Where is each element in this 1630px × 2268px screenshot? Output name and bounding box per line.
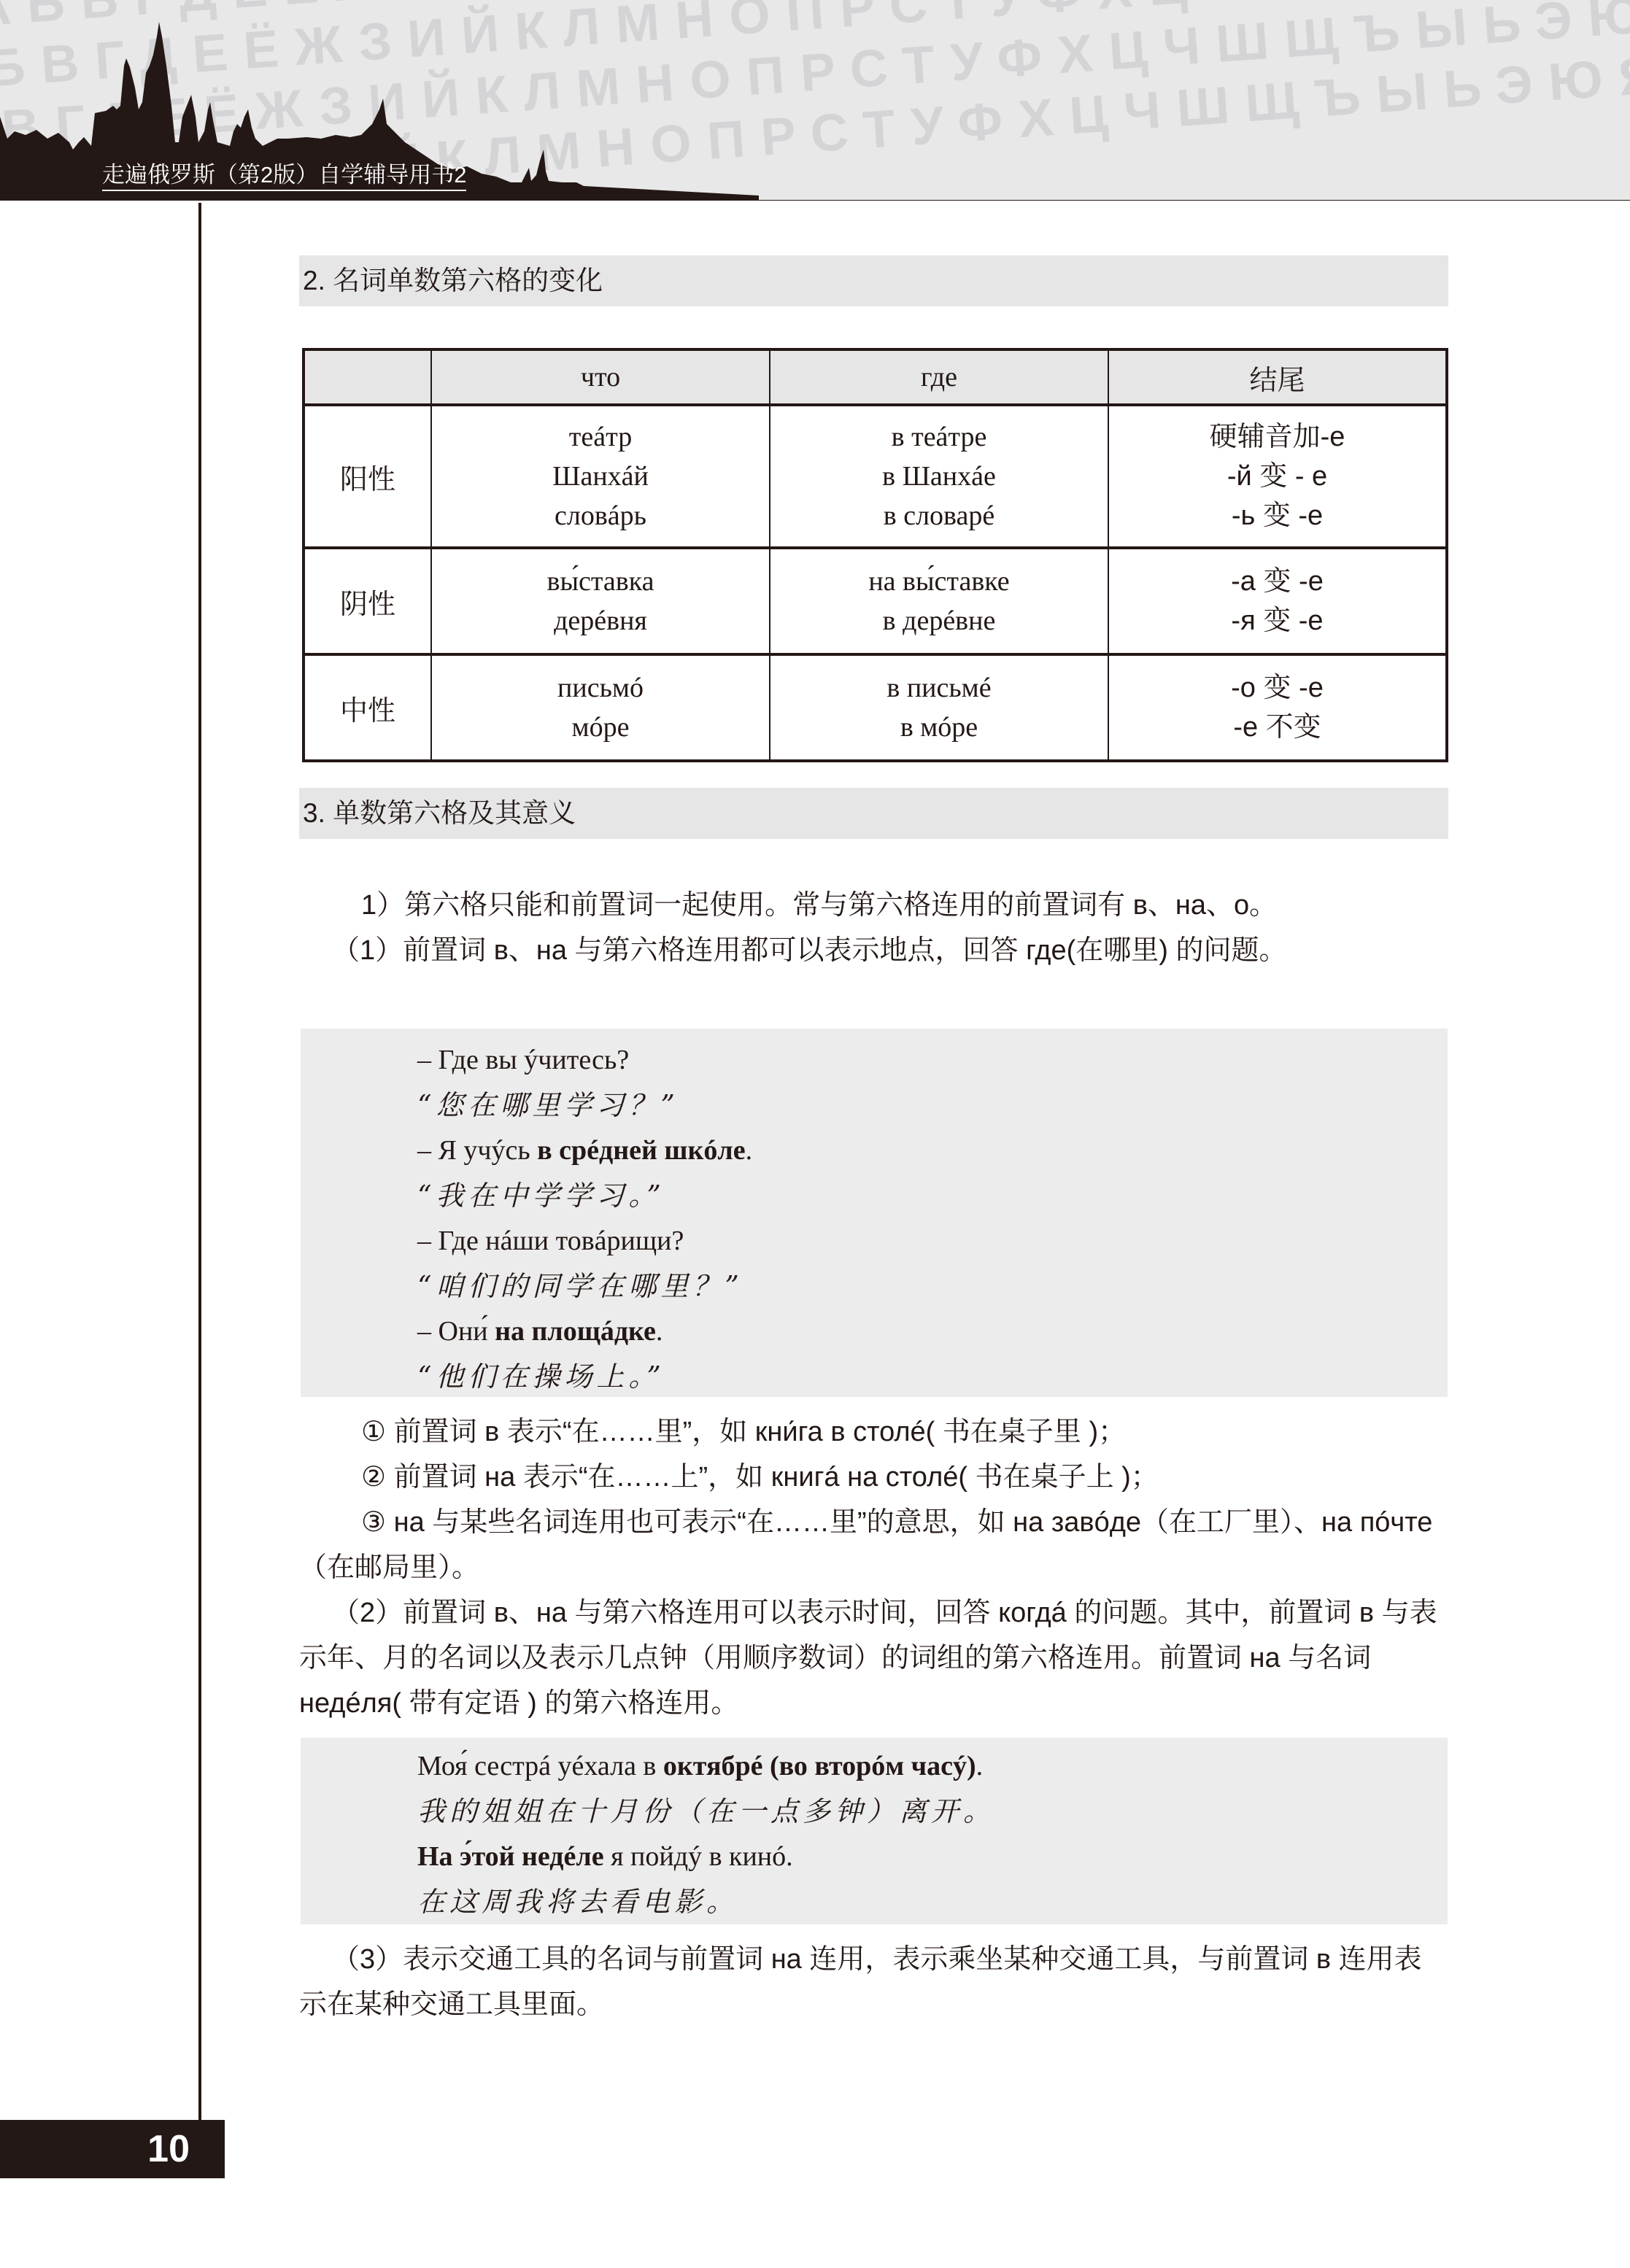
ending-rule: -й 变 - е xyxy=(1110,457,1445,496)
section-heading-3: 3. 单数第六格及其意义 xyxy=(299,788,1448,839)
table-row: 中性 письмó мóре в письмé в мóре -о 变 -е -… xyxy=(304,654,1447,761)
ending-cell: 硬辅音加-е -й 变 - е -ь 变 -е xyxy=(1108,405,1447,548)
word: в мóре xyxy=(771,708,1107,747)
gender-cell: 中性 xyxy=(304,654,431,761)
column-header-empty xyxy=(304,349,431,405)
page-number: 10 xyxy=(0,2120,225,2178)
word: Шанхáй xyxy=(433,457,768,496)
text: – Где вы ýчитесь? xyxy=(417,1045,629,1075)
word: на вы́ставке xyxy=(771,562,1107,601)
text: я пойдý в кинó. xyxy=(604,1841,793,1872)
ending-rule: -о 变 -е xyxy=(1110,668,1445,708)
word: словáрь xyxy=(433,496,768,535)
column-header-where: где xyxy=(770,349,1108,405)
what-cell: теáтр Шанхáй словáрь xyxy=(431,405,770,548)
text: . xyxy=(656,1316,663,1347)
declension-table: что где 结尾 阳性 теáтр Шанхáй словáрь в теá… xyxy=(302,348,1448,762)
example-line-zh: 在这周我将去看电影。 xyxy=(417,1879,1448,1924)
word: в теáтре xyxy=(771,417,1107,457)
column-header-ending: 结尾 xyxy=(1108,349,1447,405)
text: – Где нáши товáрищи? xyxy=(417,1226,684,1256)
where-cell: в письмé в мóре xyxy=(770,654,1108,761)
ending-rule: -ь 变 -е xyxy=(1110,496,1445,535)
paragraph-1-1: （1）前置词 в、на 与第六格连用都可以表示地点，回答 где(在哪里) 的问… xyxy=(299,928,1448,973)
what-cell: вы́ставка дерéвня xyxy=(431,548,770,654)
example-line-ru: – Где нáши товáрищи? xyxy=(417,1218,1448,1263)
text: – Они́ xyxy=(417,1316,495,1347)
book-title: 走遍俄罗斯（第2版）自学辅导用书2 xyxy=(102,162,466,191)
header-divider xyxy=(0,200,1630,201)
text: . xyxy=(976,1751,984,1781)
ending-cell: -а 变 -е -я 变 -е xyxy=(1108,548,1447,654)
example-line-zh: 我的姐姐在十月份（在一点多钟）离开。 xyxy=(417,1789,1448,1834)
example-box-time: Моя́ сестрá уéхала в октябрé (во вторóм … xyxy=(301,1738,1448,1924)
table-header-row: что где 结尾 xyxy=(304,349,1447,405)
emphasis: На э́той недéле xyxy=(417,1841,604,1872)
example-line-zh: “您在哪里学习？” xyxy=(417,1083,1448,1128)
example-line-zh: “我在中学学习。” xyxy=(417,1173,1448,1218)
note-3: ③ на 与某些名词连用也可表示“在……里”的意思，如 на завóде（在工… xyxy=(299,1500,1448,1590)
example-line-ru: – Они́ на площáдке. xyxy=(417,1309,1448,1354)
ending-rule: 硬辅音加-е xyxy=(1110,417,1445,457)
ending-cell: -о 变 -е -е 不变 xyxy=(1108,654,1447,761)
word: мóре xyxy=(433,708,768,747)
emphasis: октябрé (во вторóм часý) xyxy=(663,1751,976,1781)
word: теáтр xyxy=(433,417,768,457)
word: в словарé xyxy=(771,496,1107,535)
ending-rule: -е 不变 xyxy=(1110,708,1445,747)
example-box-location: – Где вы ýчитесь? “您在哪里学习？” – Я учýсь в … xyxy=(301,1029,1448,1397)
word: вы́ставка xyxy=(433,562,768,601)
what-cell: письмó мóре xyxy=(431,654,770,761)
word: в дерéвне xyxy=(771,601,1107,640)
text: – Я учýсь xyxy=(417,1135,537,1166)
gender-cell: 阴性 xyxy=(304,548,431,654)
example-line-ru: – Я учýсь в срéдней шкóле. xyxy=(417,1128,1448,1173)
preposition-notes: ① 前置词 в 表示“在……里”，如 кни́га в столé( 书在桌子里… xyxy=(299,1409,1448,1726)
example-line-ru: На э́той недéле я пойдý в кинó. xyxy=(417,1834,1448,1879)
paragraph-1-3: （3）表示交通工具的名词与前置词 на 连用，表示乘坐某种交通工具，与前置词 в… xyxy=(299,1937,1448,2027)
text: Моя́ сестрá уéхала в xyxy=(417,1751,663,1781)
ending-rule: -я 变 -е xyxy=(1110,601,1445,640)
ending-rule: -а 变 -е xyxy=(1110,562,1445,601)
table-row: 阴性 вы́ставка дерéвня на вы́ставке в дерé… xyxy=(304,548,1447,654)
paragraph-1-2: （2）前置词 в、на 与第六格连用可以表示时间，回答 когдá 的问题。其中… xyxy=(299,1590,1448,1726)
example-line-zh: “咱们的同学在哪里？” xyxy=(417,1263,1448,1309)
table-row: 阳性 теáтр Шанхáй словáрь в теáтре в Шанхá… xyxy=(304,405,1447,548)
where-cell: на вы́ставке в дерéвне xyxy=(770,548,1108,654)
word: в Шанхáе xyxy=(771,457,1107,496)
example-line-zh: “他们在操场上。” xyxy=(417,1354,1448,1399)
where-cell: в теáтре в Шанхáе в словарé xyxy=(770,405,1108,548)
emphasis: на площáдке xyxy=(495,1316,656,1347)
word: письмó xyxy=(433,668,768,708)
example-line-ru: – Где вы ýчитесь? xyxy=(417,1037,1448,1083)
word: в письмé xyxy=(771,668,1107,708)
margin-rule xyxy=(198,203,201,2121)
gender-cell: 阳性 xyxy=(304,405,431,548)
paragraph-1: 1）第六格只能和前置词一起使用。常与第六格连用的前置词有 в、на、о。 xyxy=(299,883,1448,928)
header-banner: АБВГДЕЁЖЗИЙКЛМНОПРСТУФХЦЧШЩЪЫЬЭЮЯАБВГДЕЁ… xyxy=(0,0,1630,201)
paragraph-transport: （3）表示交通工具的名词与前置词 на 连用，表示乘坐某种交通工具，与前置词 в… xyxy=(299,1937,1448,2027)
emphasis: в срéдней шкóле xyxy=(537,1135,745,1166)
word: дерéвня xyxy=(433,601,768,640)
column-header-what: что xyxy=(431,349,770,405)
section-heading-2: 2. 名词单数第六格的变化 xyxy=(299,255,1448,306)
example-line-ru: Моя́ сестрá уéхала в октябрé (во вторóм … xyxy=(417,1743,1448,1789)
text: . xyxy=(746,1135,753,1166)
paragraph-usage: 1）第六格只能和前置词一起使用。常与第六格连用的前置词有 в、на、о。 （1）… xyxy=(299,883,1448,973)
note-2: ② 前置词 на 表示“在……上”，如 книгá на столé( 书在桌子… xyxy=(299,1455,1448,1500)
note-1: ① 前置词 в 表示“在……里”，如 кни́га в столé( 书在桌子里… xyxy=(299,1409,1448,1455)
